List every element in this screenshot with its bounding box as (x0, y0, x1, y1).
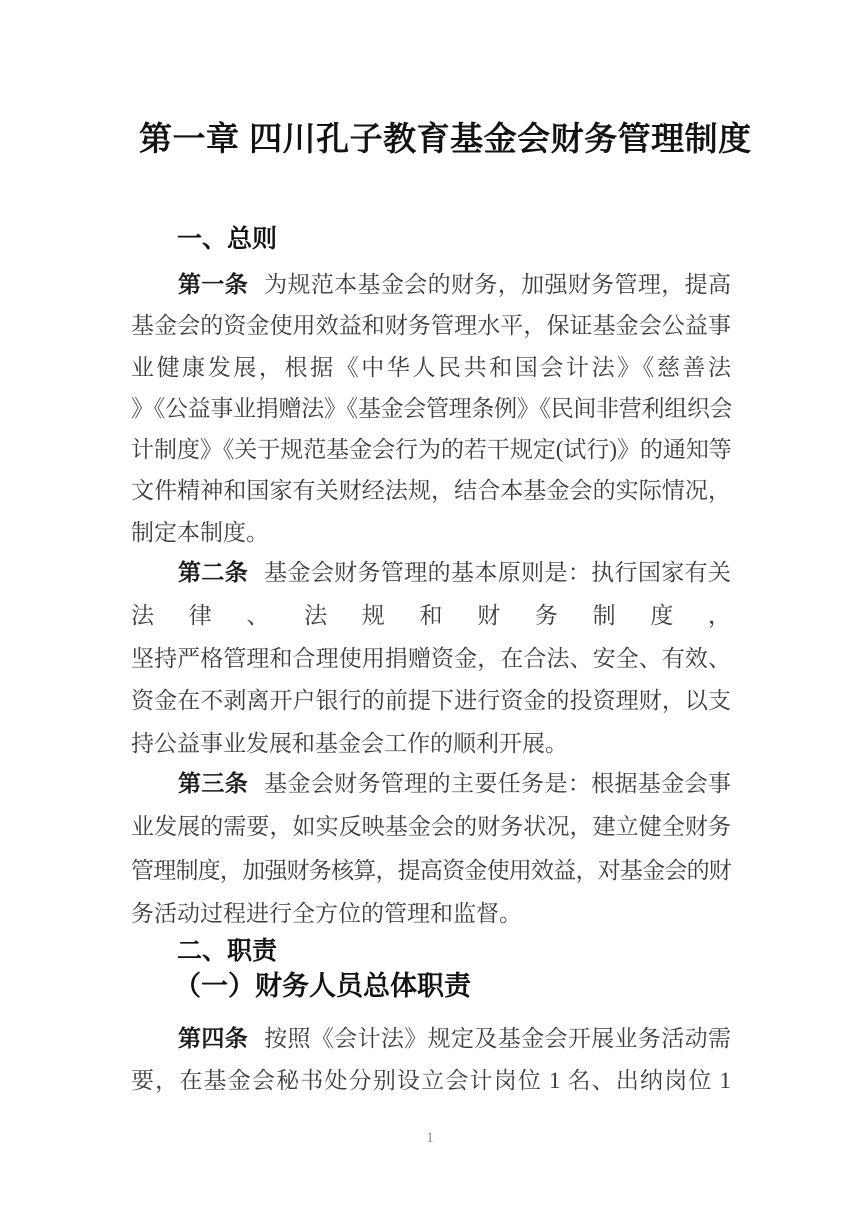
article-label: 第二条 (178, 560, 248, 585)
page-number: 1 (0, 1130, 860, 1147)
text-line: 文件精神和国家有关财经法规，结合本基金会的实际情况， (131, 470, 731, 511)
article-paragraph-1: 第一条为规范本基金会的财务，加强财务管理，提高 基金会的资金使用效益和财务管理水… (131, 264, 731, 553)
text-line: 》《公益事业捐赠法》《基金会管理条例》《民间非营利组织会 (131, 388, 731, 429)
text-line: 计制度》《关于规范基金会行为的若干规定(试行)》的通知等 (131, 429, 731, 470)
section-heading-duties: 二、职责 (177, 936, 277, 966)
text-line: 管理制度，加强财务核算，提高资金使用效益，对基金会的财 (131, 849, 731, 892)
article-paragraph-2: 第二条基金会财务管理的基本原则是：执行国家有关 法律、法规和财务制度， 坚持严格… (131, 552, 731, 766)
text-line: 业健康发展，根据《中华人民共和国会计法》《慈善法 (131, 347, 731, 388)
text-line: 资金在不剥离开户银行的前提下进行资金的投资理财，以支 (131, 680, 731, 723)
chapter-title: 第一章 四川孔子教育基金会财务管理制度 (131, 118, 731, 159)
article-text: 基金会财务管理的基本原则是：执行国家有关 (264, 560, 731, 585)
text-line: 业发展的需要，如实反映基金会的财务状况，建立健全财务 (131, 805, 731, 848)
text-line: 法律、法规和财务制度， (131, 595, 731, 638)
text-line: 基金会的资金使用效益和财务管理水平，保证基金会公益事 (131, 305, 731, 346)
text-line: 第三条基金会财务管理的主要任务是：根据基金会事 (131, 762, 731, 805)
document-page: 第一章 四川孔子教育基金会财务管理制度 一、总则 第一条为规范本基金会的财务，加… (0, 0, 864, 1222)
article-text: 按照《会计法》规定及基金会开展业务活动需 (264, 1026, 731, 1051)
article-label: 第一条 (178, 272, 248, 297)
section-heading-general-rules: 一、总则 (177, 224, 277, 254)
article-label: 第三条 (178, 771, 248, 796)
text-line: 务活动过程进行全方位的管理和监督。 (131, 892, 731, 935)
article-paragraph-4: 第四条按照《会计法》规定及基金会开展业务活动需 要，在基金会秘书处分别设立会计岗… (131, 1018, 731, 1102)
article-label: 第四条 (178, 1026, 248, 1051)
text-line: 持公益事业发展和基金会工作的顺利开展。 (131, 723, 731, 766)
text-line: 要，在基金会秘书处分别设立会计岗位 1 名、出纳岗位 1 (131, 1060, 731, 1102)
article-text: 基金会财务管理的主要任务是：根据基金会事 (264, 771, 731, 796)
text-line: 制定本制度。 (131, 512, 731, 553)
text-line: 第一条为规范本基金会的财务，加强财务管理，提高 (131, 264, 731, 305)
text-line: 第二条基金会财务管理的基本原则是：执行国家有关 (131, 552, 731, 595)
article-paragraph-3: 第三条基金会财务管理的主要任务是：根据基金会事 业发展的需要，如实反映基金会的财… (131, 762, 731, 935)
text-line: 坚持严格管理和合理使用捐赠资金，在合法、安全、有效、 (131, 638, 731, 681)
text-line: 第四条按照《会计法》规定及基金会开展业务活动需 (131, 1018, 731, 1060)
sub-heading-finance-staff-duties: （一）财务人员总体职责 (174, 970, 471, 1002)
article-text: 为规范本基金会的财务，加强财务管理，提高 (264, 272, 731, 297)
